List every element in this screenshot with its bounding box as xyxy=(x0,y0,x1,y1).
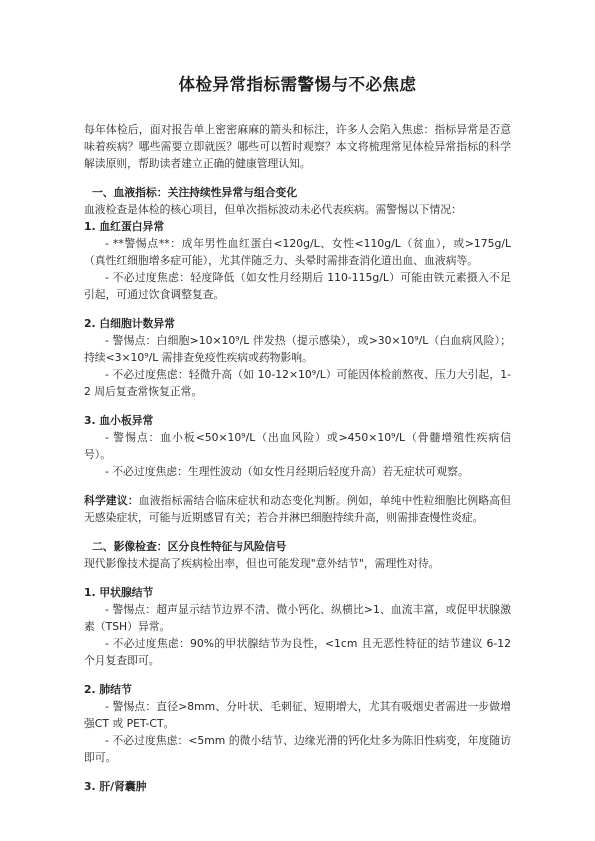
section-blood-indicators: 一、血液指标：关注持续性异常与组合变化 血液检查是体检的核心项目，但单次指标波动… xyxy=(84,184,511,526)
item-title-liver-kidney-cyst: 3. 肝/肾囊肿 xyxy=(84,778,511,795)
bullet-no-worry: - 不必过度焦虑：轻微升高（如 10-12×10⁹/L）可能因体检前熬夜、压力大… xyxy=(84,366,511,400)
science-advice: 科学建议：血液指标需结合临床症状和动态变化判断。例如，单纯中性粒细胞比例略高但无… xyxy=(84,492,511,526)
document-page: 体检异常指标需警惕与不必焦虑 每年体检后，面对报告单上密密麻麻的箭头和标注，许多… xyxy=(0,0,595,841)
list-item: 3. 血小板异常 - 警惕点：血小板<50×10⁹/L（出血风险）或>450×1… xyxy=(84,412,511,480)
item-title-platelet: 3. 血小板异常 xyxy=(84,412,511,429)
list-item: 3. 肝/肾囊肿 xyxy=(84,778,511,795)
list-item: 2. 白细胞计数异常 - 警惕点：白细胞>10×10⁹/L 伴发热（提示感染），… xyxy=(84,315,511,400)
bullet-no-worry: - 不必过度焦虑：轻度降低（如女性月经期后 110-115g/L）可能由铁元素摄… xyxy=(84,269,511,303)
section-heading: 一、血液指标：关注持续性异常与组合变化 xyxy=(84,184,511,201)
item-title-hemoglobin: 1. 血红蛋白异常 xyxy=(84,218,511,235)
section-lead: 现代影像技术提高了疾病检出率，但也可能发现"意外结节"，需理性对待。 xyxy=(84,555,511,572)
list-item: 1. 甲状腺结节 - 警惕点：超声显示结节边界不清、微小钙化、纵横比>1、血流丰… xyxy=(84,584,511,669)
bullet-alert: - 警惕点：超声显示结节边界不清、微小钙化、纵横比>1、血流丰富，或促甲状腺激素… xyxy=(84,601,511,635)
bullet-alert: - 警惕点：直径>8mm、分叶状、毛刺征、短期增大，尤其有吸烟史者需进一步做增强… xyxy=(84,698,511,732)
item-title-lung-nodule: 2. 肺结节 xyxy=(84,681,511,698)
page-title: 体检异常指标需警惕与不必焦虑 xyxy=(84,74,511,96)
advice-text: 血液指标需结合临床症状和动态变化判断。例如，单纯中性粒细胞比例略高但无感染症状，… xyxy=(84,494,511,524)
section-heading: 二、影像检查：区分良性特征与风险信号 xyxy=(84,538,511,555)
advice-label: 科学建议： xyxy=(84,494,139,507)
bullet-no-worry: - 不必过度焦虑：<5mm 的微小结节、边缘光滑的钙化灶多为陈旧性病变，年度随访… xyxy=(84,732,511,766)
intro-paragraph: 每年体检后，面对报告单上密密麻麻的箭头和标注，许多人会陷入焦虑：指标异常是否意味… xyxy=(84,121,511,172)
bullet-no-worry: - 不必过度焦虑：生理性波动（如女性月经期后轻度升高）若无症状可观察。 xyxy=(84,463,511,480)
list-item: 2. 肺结节 - 警惕点：直径>8mm、分叶状、毛刺征、短期增大，尤其有吸烟史者… xyxy=(84,681,511,766)
item-title-wbc: 2. 白细胞计数异常 xyxy=(84,315,511,332)
section-lead: 血液检查是体检的核心项目，但单次指标波动未必代表疾病。需警惕以下情况： xyxy=(84,201,511,218)
bullet-alert: - **警惕点**：成年男性血红蛋白<120g/L、女性<110g/L（贫血），… xyxy=(84,235,511,269)
bullet-no-worry: - 不必过度焦虑：90%的甲状腺结节为良性，<1cm 且无恶性特征的结节建议 6… xyxy=(84,635,511,669)
list-item: 1. 血红蛋白异常 - **警惕点**：成年男性血红蛋白<120g/L、女性<1… xyxy=(84,218,511,303)
bullet-alert: - 警惕点：血小板<50×10⁹/L（出血风险）或>450×10⁹/L（骨髓增殖… xyxy=(84,429,511,463)
item-title-thyroid: 1. 甲状腺结节 xyxy=(84,584,511,601)
bullet-alert: - 警惕点：白细胞>10×10⁹/L 伴发热（提示感染），或>30×10⁹/L（… xyxy=(84,332,511,366)
section-imaging: 二、影像检查：区分良性特征与风险信号 现代影像技术提高了疾病检出率，但也可能发现… xyxy=(84,538,511,795)
